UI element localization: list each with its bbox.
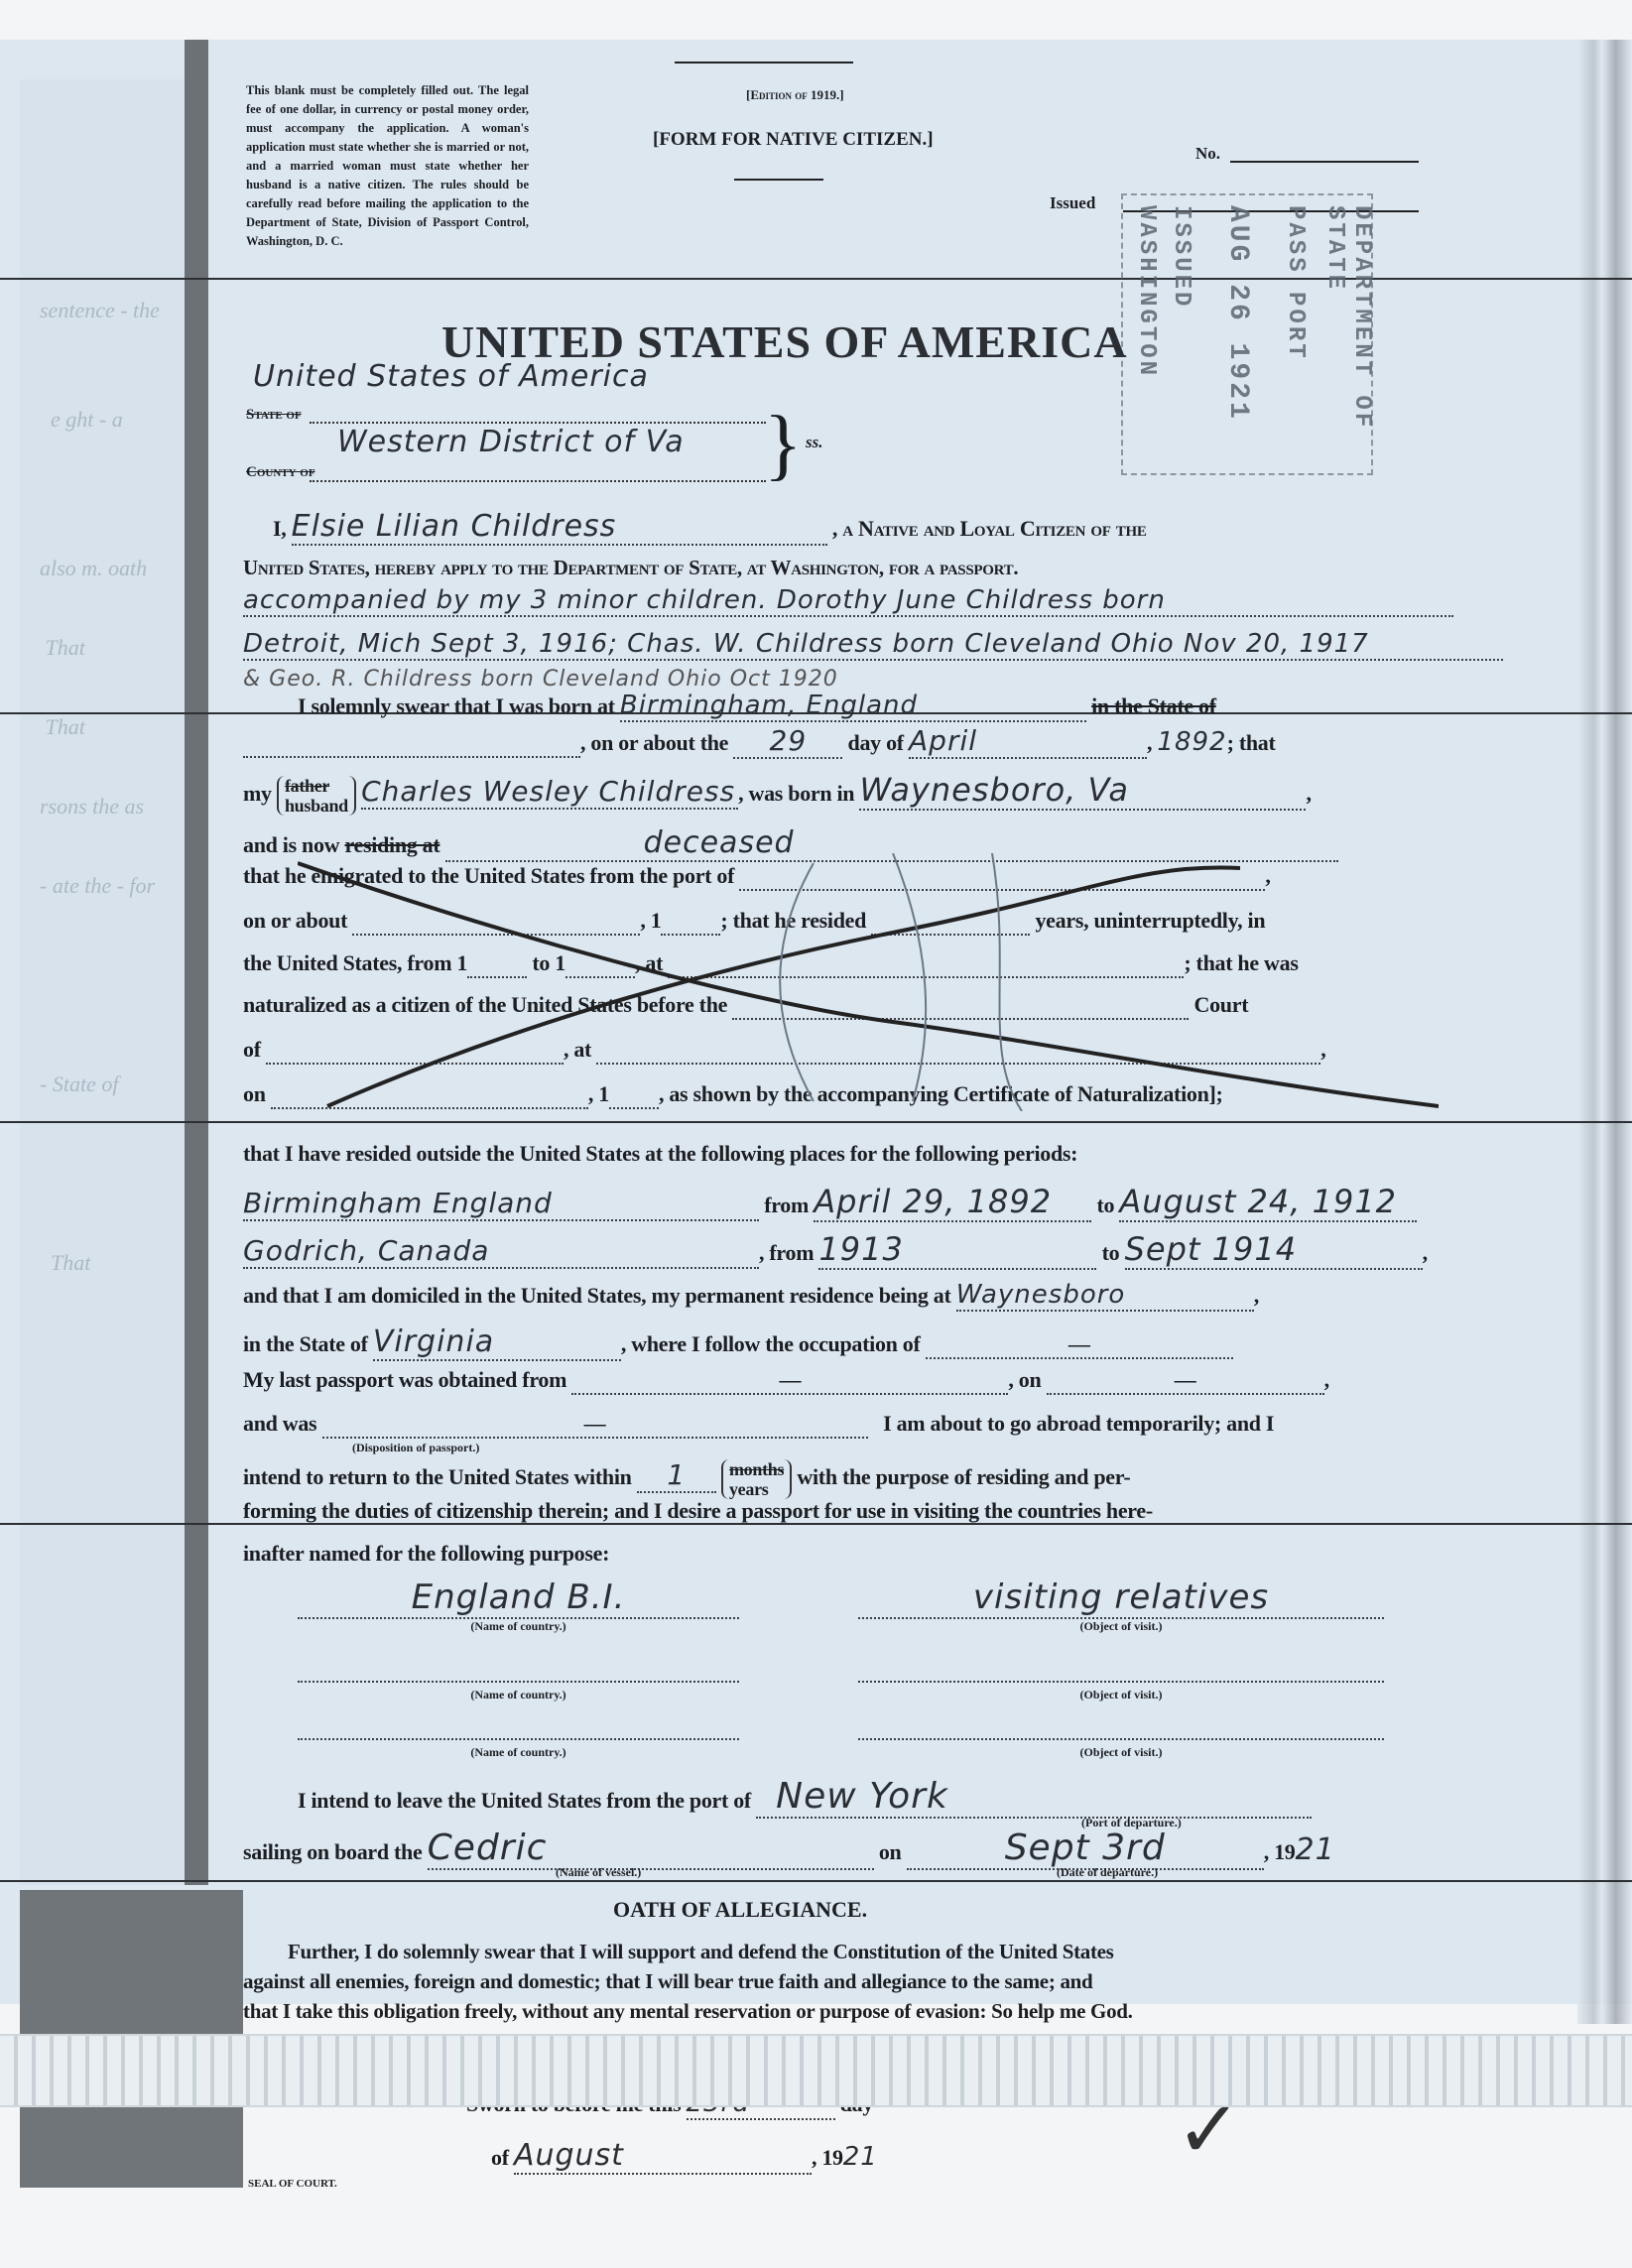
departure-date-field[interactable]: Sept 3rd: [907, 1827, 1264, 1870]
fold-line: [0, 1880, 1632, 1882]
husband-name-field[interactable]: Charles Wesley Childress: [361, 775, 738, 810]
object-field[interactable]: [858, 1647, 1384, 1683]
naturalization-line-5: of , at ,: [243, 1037, 1325, 1065]
husband-residence-field[interactable]: deceased: [445, 825, 1338, 862]
husband-birthplace-field[interactable]: Waynesboro, Va: [859, 771, 1306, 811]
naturalization-line-4: naturalized as a citizen of the United S…: [243, 992, 1248, 1020]
return-line-2: forming the duties of citizenship therei…: [243, 1498, 1153, 1524]
naturalization-line-3: the United States, from 1 to 1 , at ; th…: [243, 950, 1299, 978]
page-edge-shadow: [1577, 40, 1632, 2024]
residence-from-field[interactable]: 1913: [818, 1230, 1096, 1270]
state-line: [310, 422, 766, 424]
county-label: County of: [246, 464, 315, 481]
birth-day-field[interactable]: 29: [733, 724, 842, 759]
domicile-line: and that I am domiciled in the United St…: [243, 1280, 1259, 1312]
domicile-state-field[interactable]: Virginia: [373, 1324, 621, 1361]
oath-line-3: that I take this obligation freely, with…: [243, 1999, 1133, 2024]
underlying-page-strip: sentence - the e ght - a also m. oath Th…: [20, 79, 188, 1885]
return-duration-field[interactable]: 1: [637, 1458, 716, 1493]
accompanied-line-2[interactable]: Detroit, Mich Sept 3, 1916; Chas. W. Chi…: [243, 629, 1503, 661]
residence-to-field[interactable]: August 24, 1912: [1119, 1183, 1417, 1222]
husband-line: my fatherhusband Charles Wesley Childres…: [243, 771, 1312, 816]
oath-line-1: Further, I do solemnly swear that I will…: [288, 1940, 1114, 1964]
destination-row: (Name of country.): [298, 1704, 739, 1760]
naturalization-line-6: on , 1 , as shown by the accompanying Ce…: [243, 1081, 1223, 1109]
sailing-line: sailing on board the Cedric on Sept 3rd,…: [243, 1827, 1335, 1870]
passport-issued-stamp: WASHINGTON ISSUED AUG 26 1921 PASS PORT …: [1121, 193, 1373, 475]
accompanied-line-1[interactable]: accompanied by my 3 minor children. Doro…: [243, 585, 1453, 617]
seal-label: SEAL OF COURT.: [248, 2178, 337, 2190]
applicant-name-field[interactable]: Elsie Lilian Childress: [292, 509, 827, 546]
country-field[interactable]: [298, 1704, 739, 1740]
state-field[interactable]: Western District of Va: [337, 425, 685, 459]
country-field[interactable]: England B.I.: [298, 1577, 739, 1619]
birthplace-field[interactable]: Birmingham, England: [620, 691, 1086, 722]
county-field[interactable]: [310, 480, 766, 482]
brace: }: [764, 405, 802, 484]
disposition-caption: (Disposition of passport.): [352, 1441, 479, 1455]
form-type-label: [FORM FOR NATIVE CITIZEN.]: [653, 129, 934, 151]
number-label: No.: [1195, 144, 1220, 164]
birthdate-line: , on or about the 29 day of April, 1892;…: [243, 724, 1276, 759]
apply-text: United States, hereby apply to the Depar…: [243, 556, 1018, 580]
last-passport-date-field[interactable]: —: [1047, 1367, 1324, 1395]
date-caption: (Date of departure.): [1057, 1865, 1158, 1880]
edition-label: [Edition of 1919.]: [746, 87, 844, 103]
destination-row: (Name of country.): [298, 1647, 739, 1702]
departure-port-line: I intend to leave the United States from…: [298, 1776, 1312, 1819]
destination-row: visiting relatives (Object of visit.): [858, 1577, 1384, 1634]
rule: [734, 179, 823, 181]
fold-line: [0, 1121, 1632, 1123]
disposition-line: and was — I am about to go abroad tempor…: [243, 1411, 1274, 1439]
destination-row: England B.I. (Name of country.): [298, 1577, 739, 1634]
birth-month-field[interactable]: April: [909, 724, 1147, 759]
oath-title: OATH OF ALLEGIANCE.: [613, 1897, 867, 1923]
destination-row: (Object of visit.): [858, 1704, 1384, 1760]
return-line-3: inafter named for the following purpose:: [243, 1541, 609, 1567]
return-line: intend to return to the United States wi…: [243, 1458, 1130, 1499]
naturalization-line-1: that he emigrated to the United States f…: [243, 863, 1271, 891]
fold-line: [0, 278, 1632, 280]
object-field[interactable]: [858, 1704, 1384, 1740]
occupation-field[interactable]: —: [926, 1331, 1233, 1359]
residence-abroad-intro: that I have resided outside the United S…: [243, 1141, 1077, 1167]
vessel-caption: (Name of vessel.): [556, 1865, 641, 1880]
sheet-protector-binding: [0, 2034, 1632, 2107]
destination-row: (Object of visit.): [858, 1647, 1384, 1702]
residence-place-field[interactable]: Birmingham England: [243, 1187, 759, 1221]
number-field[interactable]: [1230, 161, 1419, 163]
residence-entry: Birmingham England from April 29, 1892 t…: [243, 1183, 1417, 1222]
last-passport-source-field[interactable]: —: [571, 1367, 1008, 1395]
issued-label: Issued: [1050, 193, 1095, 213]
country-field[interactable]: [298, 1647, 739, 1683]
vessel-field[interactable]: Cedric: [428, 1827, 874, 1870]
residence-entry: Godrich, Canada, from 1913 to Sept 1914,: [243, 1230, 1428, 1270]
naturalization-line-2: on or about , 1 ; that he resided years,…: [243, 908, 1265, 936]
accompanied-line-3[interactable]: & Geo. R. Childress born Cleveland Ohio …: [243, 667, 838, 692]
birthplace-line: I solemnly swear that I was born at Birm…: [298, 691, 1216, 722]
state-occupation-line: in the State of Virginia, where I follow…: [243, 1324, 1233, 1361]
object-field[interactable]: visiting relatives: [858, 1577, 1384, 1619]
ss-label: ss.: [806, 433, 822, 452]
departure-year-field[interactable]: 21: [1296, 1832, 1335, 1867]
binding-strip: [185, 40, 208, 1885]
domicile-residence-field[interactable]: Waynesboro: [956, 1280, 1254, 1312]
sworn-month-field[interactable]: August: [514, 2138, 812, 2175]
husband-residence-line: and is now residing at deceased: [243, 825, 1338, 862]
residence-place-field[interactable]: Godrich, Canada: [243, 1234, 759, 1269]
disposition-field[interactable]: —: [322, 1411, 868, 1439]
sworn-month-line: of August, 1921: [491, 2138, 878, 2175]
port-field[interactable]: New York: [756, 1776, 1312, 1819]
last-passport-line: My last passport was obtained from —, on…: [243, 1367, 1329, 1395]
handwritten-country: United States of America: [253, 359, 649, 394]
state-label: State of: [246, 407, 302, 424]
oath-line-2: against all enemies, foreign and domesti…: [243, 1969, 1092, 1994]
rule: [675, 62, 853, 63]
instructions-text: This blank must be completely filled out…: [246, 81, 529, 251]
residence-to-field[interactable]: Sept 1914: [1125, 1230, 1423, 1270]
residence-from-field[interactable]: April 29, 1892: [814, 1183, 1091, 1222]
birth-year-field[interactable]: 1892: [1157, 727, 1226, 757]
applicant-line: I, Elsie Lilian Childress , a Native and…: [273, 509, 1147, 546]
